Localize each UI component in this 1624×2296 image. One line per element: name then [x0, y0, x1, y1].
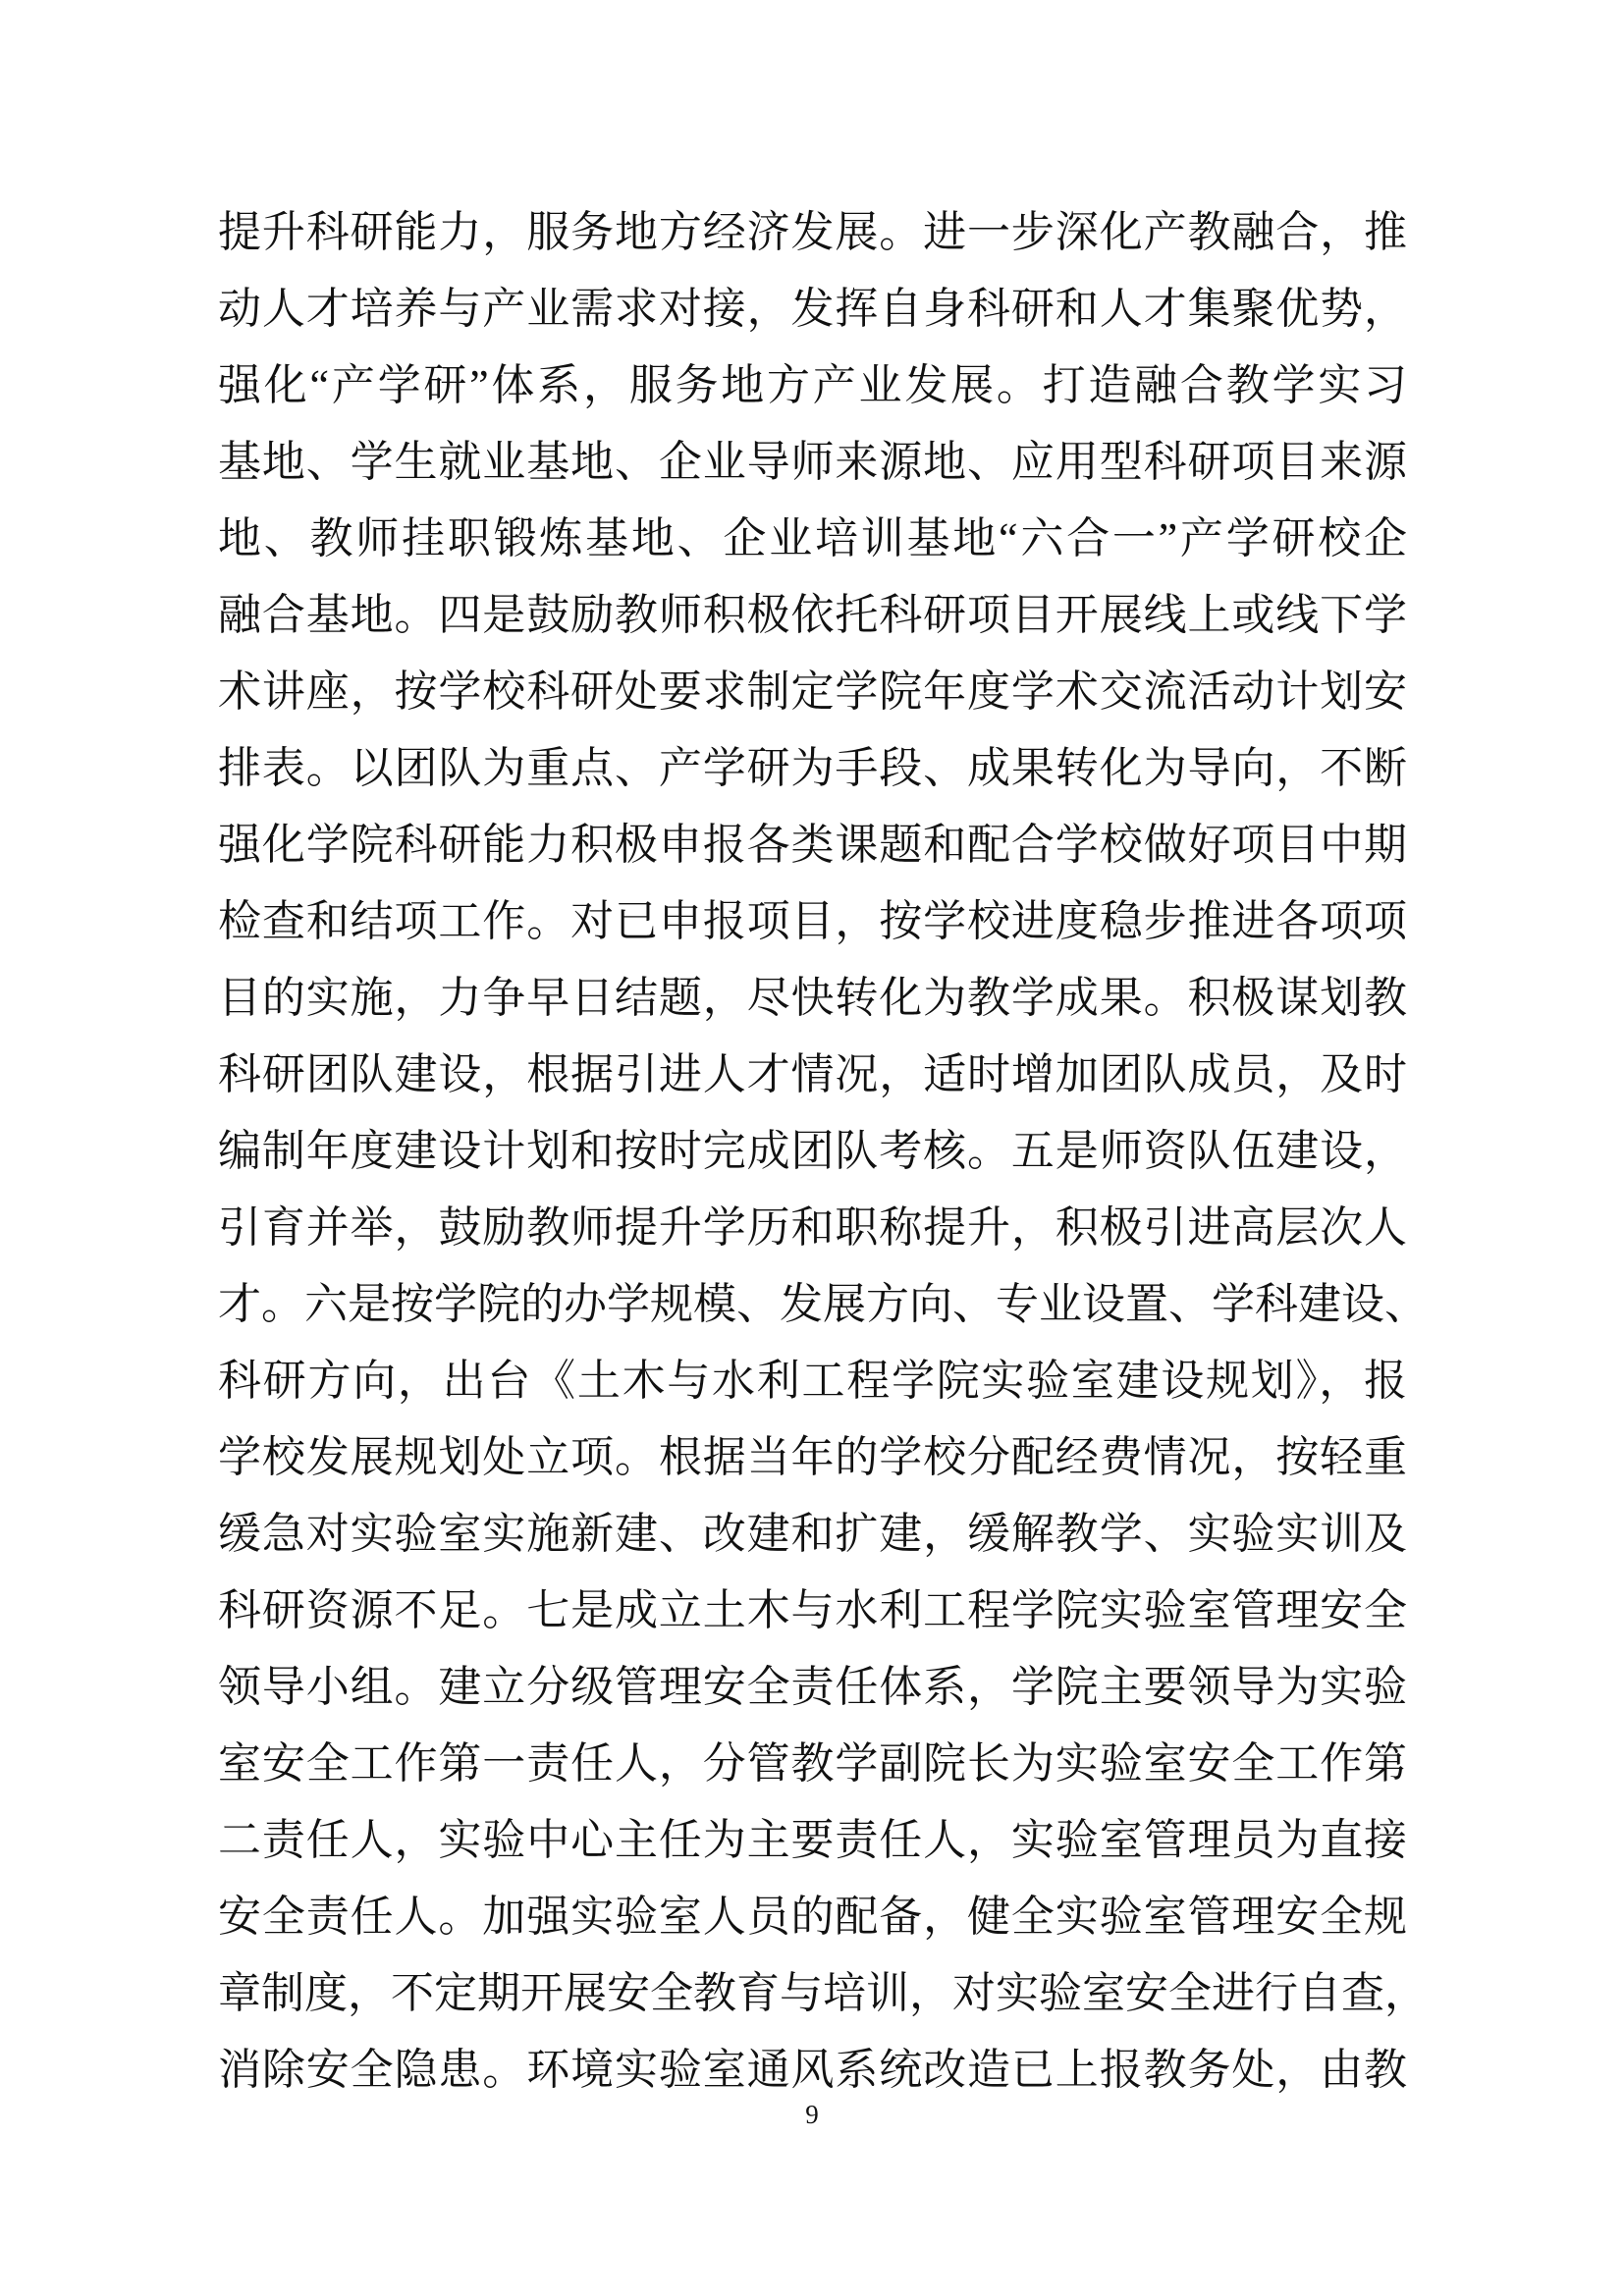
text-line: 才。六是按学院的办学规模、发展方向、专业设置、学科建设、 [218, 1266, 1407, 1343]
text-line: 科研资源不足。七是成立土木与水利工程学院实验室管理安全 [218, 1573, 1407, 1649]
text-line: 安全责任人。加强实验室人员的配备，健全实验室管理安全规 [218, 1879, 1407, 1955]
text-line: 编制年度建设计划和按时完成团队考核。五是师资队伍建设， [218, 1113, 1407, 1190]
text-line: 强化“产学研”体系，服务地方产业发展。打造融合教学实习 [218, 347, 1407, 424]
text-line: 目的实施，力争早日结题，尽快转化为教学成果。积极谋划教 [218, 960, 1407, 1037]
text-line: 科研团队建设，根据引进人才情况，适时增加团队成员，及时 [218, 1037, 1407, 1113]
document-page: 提升科研能力，服务地方经济发展。进一步深化产教融合，推 动人才培养与产业需求对接… [0, 0, 1624, 2296]
text-line: 章制度，不定期开展安全教育与培训，对实验室安全进行自查， [218, 1955, 1407, 2032]
text-line: 检查和结项工作。对已申报项目，按学校进度稳步推进各项项 [218, 883, 1407, 960]
body-text-block: 提升科研能力，服务地方经济发展。进一步深化产教融合，推 动人才培养与产业需求对接… [218, 194, 1407, 2109]
text-line: 基地、学生就业基地、企业导师来源地、应用型科研项目来源 [218, 424, 1407, 501]
text-line: 学校发展规划处立项。根据当年的学校分配经费情况，按轻重 [218, 1419, 1407, 1496]
text-line: 科研方向，出台《土木与水利工程学院实验室建设规划》，报 [218, 1343, 1407, 1419]
page-number: 9 [0, 2095, 1624, 2134]
text-line: 二责任人，实验中心主任为主要责任人，实验室管理员为直接 [218, 1802, 1407, 1879]
text-line: 室安全工作第一责任人，分管教学副院长为实验室安全工作第 [218, 1726, 1407, 1802]
text-line: 缓急对实验室实施新建、改建和扩建，缓解教学、实验实训及 [218, 1496, 1407, 1573]
text-line: 术讲座，按学校科研处要求制定学院年度学术交流活动计划安 [218, 654, 1407, 730]
text-line: 领导小组。建立分级管理安全责任体系，学院主要领导为实验 [218, 1649, 1407, 1726]
text-line: 地、教师挂职锻炼基地、企业培训基地“六合一”产学研校企 [218, 501, 1407, 577]
text-line: 融合基地。四是鼓励教师积极依托科研项目开展线上或线下学 [218, 577, 1407, 654]
text-line: 动人才培养与产业需求对接，发挥自身科研和人才集聚优势， [218, 271, 1407, 347]
text-line: 提升科研能力，服务地方经济发展。进一步深化产教融合，推 [218, 194, 1407, 271]
text-line: 引育并举，鼓励教师提升学历和职称提升，积极引进高层次人 [218, 1190, 1407, 1266]
text-line: 排表。以团队为重点、产学研为手段、成果转化为导向，不断 [218, 730, 1407, 807]
text-line: 强化学院科研能力积极申报各类课题和配合学校做好项目中期 [218, 807, 1407, 883]
